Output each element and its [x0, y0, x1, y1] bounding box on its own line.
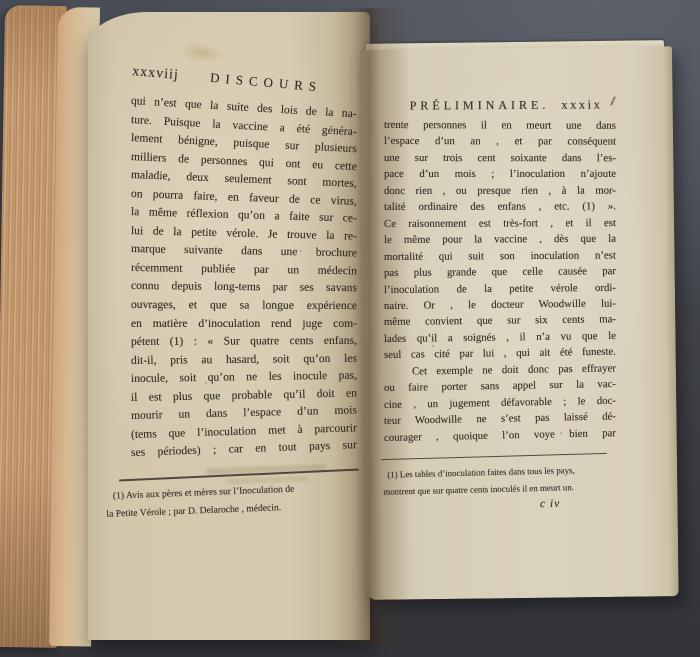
right-page-header: PRÉLIMINAIRE. xxxix	[393, 97, 619, 113]
text-line: donc rien , ou presque rien , à la mor-	[384, 182, 616, 199]
text-line: en matière d’inoculation rend juge com-	[131, 315, 357, 334]
left-page-body-text: qui n’est que la suite des lois de la na…	[131, 92, 357, 463]
text-line: pace d’un mois ; l’inoculation n’ajoute	[384, 166, 616, 183]
text-line: mortalité qui suit son inoculation n’est	[384, 247, 616, 265]
text-line: trente personnes il en meurt une dans	[384, 117, 616, 134]
book-photo: xxxviij DISCOURS qui n’est que la suite …	[0, 0, 700, 657]
text-line: pétent (1) : « Sur quatre cents enfans,	[131, 332, 357, 352]
right-page-footnote: (1) Les tables d’inoculation faites dans…	[383, 461, 612, 500]
text-line: une sur trois cent soixante dans l’es-	[384, 150, 616, 167]
folio-number: xxxix	[561, 97, 602, 112]
text-line: ouvrages, et que sa longue expérience	[131, 296, 357, 316]
text-line: l’espace d’un an , et par conséquent	[384, 133, 616, 150]
signature-mark: c iv	[540, 498, 560, 510]
text-line: le même pour la vaccine , dès que la	[384, 231, 616, 249]
text-line: pas plus grande que celle causée par	[384, 263, 616, 281]
text-line: Ce raisonnement est très-fort , et il es…	[384, 215, 616, 232]
text-line: talité ordinaire des enfans , etc. (1) »…	[384, 199, 616, 216]
text-line: connu depuis long-tems par ses savans	[131, 277, 357, 298]
right-page-body-text: trente personnes il en meurt une dansl’e…	[384, 117, 616, 446]
running-title: PRÉLIMINAIRE.	[410, 98, 550, 114]
